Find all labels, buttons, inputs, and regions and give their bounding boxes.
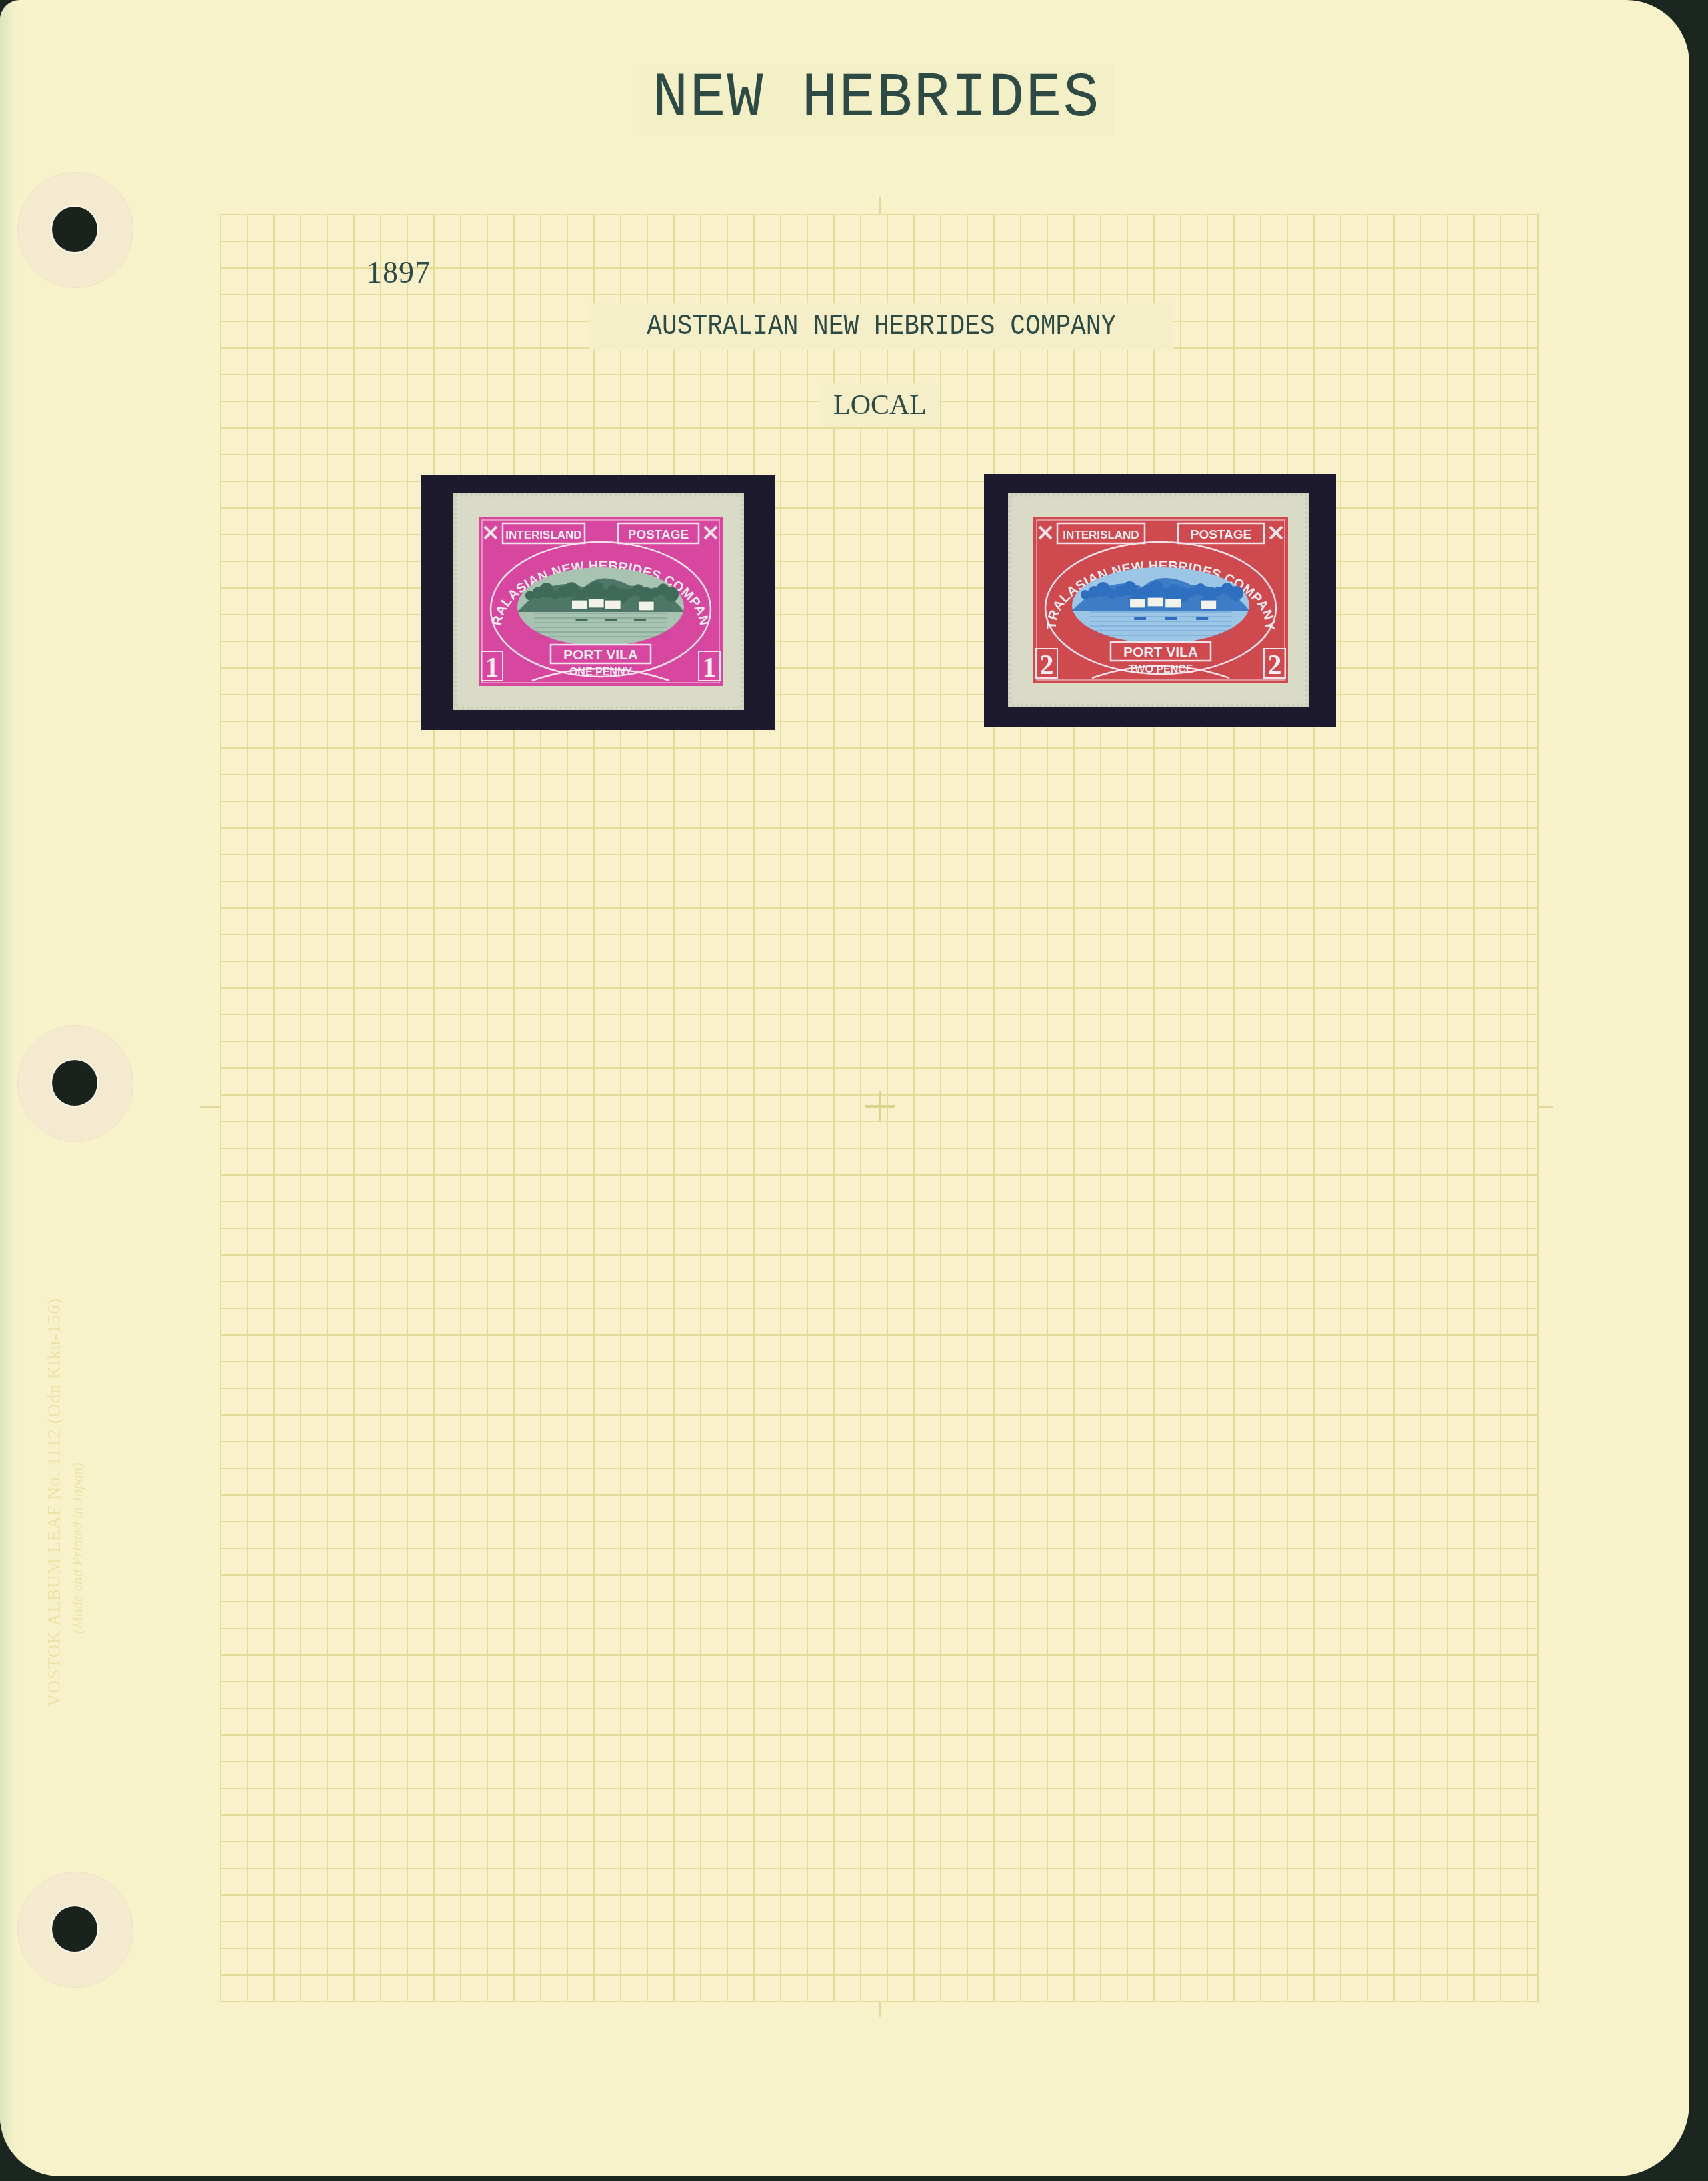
svg-text:PORT VILA: PORT VILA (1123, 645, 1198, 660)
svg-text:INTERISLAND: INTERISLAND (1063, 529, 1139, 541)
stamp-2[interactable]: INTERISLANDPOSTAGETHE AUSTRALASIAN NEW H… (1009, 494, 1308, 706)
stamp-1[interactable]: INTERISLANDPOSTAGETHE AUSTRALASIAN NEW H… (455, 494, 743, 709)
issuer-subtitle: AUSTRALIAN NEW HEBRIDES COMPANY (647, 310, 1116, 343)
category-text: LOCAL (833, 389, 927, 421)
stamp-1-design: INTERISLANDPOSTAGETHE AUSTRALASIAN NEW H… (455, 494, 743, 709)
binder-hole-bottom (52, 1906, 97, 1952)
imprint-line-1: VOSTOK ALBUM LEAF No. 1112 (Odn Kiku-156… (44, 1298, 65, 1707)
imprint-line-2: (Made and Printed in Japan) (69, 1298, 86, 1634)
stamp-mount-2[interactable]: INTERISLANDPOSTAGETHE AUSTRALASIAN NEW H… (984, 474, 1336, 727)
svg-text:2: 2 (1040, 650, 1054, 681)
svg-text:ONE PENNY: ONE PENNY (569, 667, 633, 678)
grid-center-tick-left (200, 1106, 220, 1108)
issue-year: 1897 (367, 255, 431, 290)
subtitle-label: AUSTRALIAN NEW HEBRIDES COMPANY (589, 303, 1173, 350)
svg-text:1: 1 (485, 653, 499, 683)
grid-center-tick-top (879, 197, 881, 214)
grid-center-tick-bottom (879, 2002, 881, 2017)
binder-hole-top (52, 207, 97, 252)
page-edge-shadow (0, 0, 17, 2176)
grid-center-tick-right (1539, 1106, 1553, 1108)
stamp-mount-1[interactable]: INTERISLANDPOSTAGETHE AUSTRALASIAN NEW H… (421, 475, 775, 730)
album-page: NEW HEBRIDES 1897 AUSTRALIAN NEW HEBRIDE… (0, 0, 1689, 2176)
stamp-2-design: INTERISLANDPOSTAGETHE AUSTRALASIAN NEW H… (1009, 494, 1308, 706)
svg-text:INTERISLAND: INTERISLAND (505, 529, 581, 541)
svg-text:POSTAGE: POSTAGE (1191, 528, 1252, 542)
svg-text:2: 2 (1268, 650, 1282, 681)
category-label: LOCAL (820, 383, 940, 427)
svg-text:POSTAGE: POSTAGE (628, 528, 689, 542)
svg-text:TWO PENCE: TWO PENCE (1129, 664, 1193, 675)
page-title-label: NEW HEBRIDES (639, 64, 1114, 135)
svg-text:PORT VILA: PORT VILA (563, 647, 638, 663)
album-leaf-imprint: VOSTOK ALBUM LEAF No. 1112 (Odn Kiku-156… (44, 1298, 86, 1707)
svg-text:1: 1 (703, 653, 717, 683)
binder-hole-middle (52, 1060, 97, 1106)
center-crosshair-mark-vertical (879, 1091, 881, 1122)
page-title: NEW HEBRIDES (652, 63, 1100, 135)
